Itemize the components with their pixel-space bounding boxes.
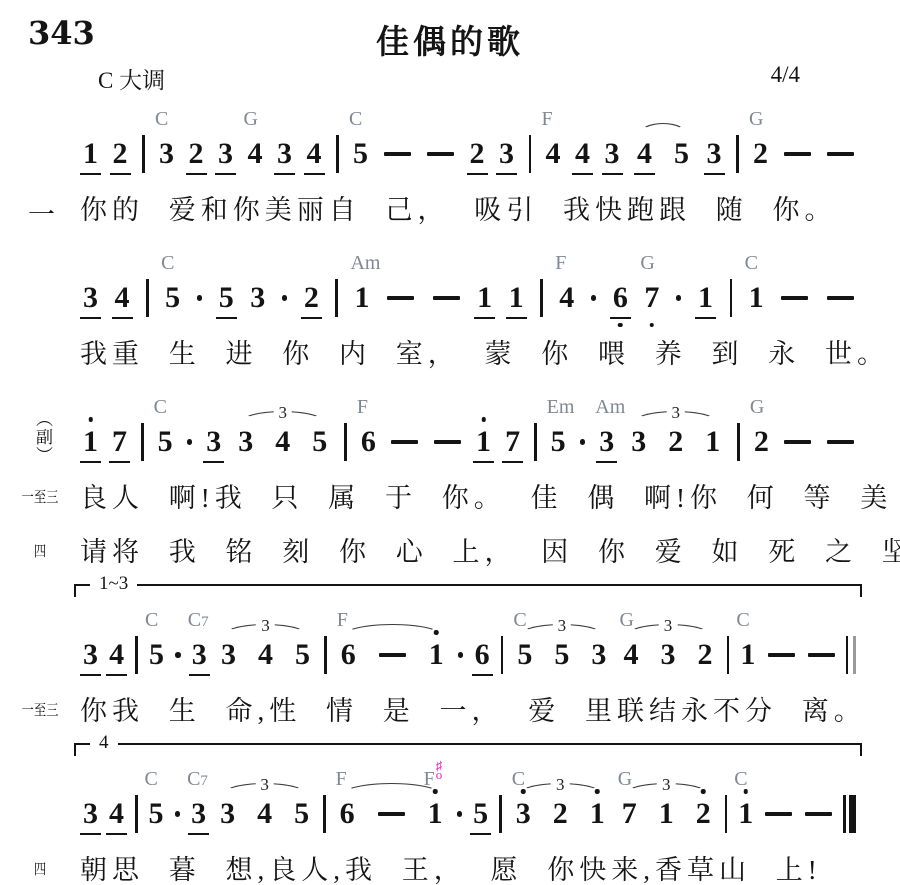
chord-char: F bbox=[424, 768, 435, 791]
score: 123C234G345C234F434532G一你的 爱和你美丽自 己， 吸引 … bbox=[0, 96, 900, 885]
barline bbox=[736, 135, 739, 173]
barline bbox=[336, 135, 339, 173]
note: 1 bbox=[475, 427, 492, 457]
duration-dash bbox=[391, 440, 418, 444]
chord-char: E bbox=[547, 396, 559, 419]
note: 3 bbox=[237, 427, 254, 457]
chord-label: C bbox=[736, 609, 749, 632]
system: 1~3345C3C733456F1635C5334G321C一至三你我 生 命,… bbox=[80, 584, 858, 731]
key-signature: C 大调 bbox=[98, 62, 165, 96]
notation-tokens: 123C234G345C234F434532G bbox=[80, 134, 858, 174]
triplet-label: 3 bbox=[256, 616, 275, 636]
verse-label: 四 bbox=[14, 858, 66, 879]
note: 3 bbox=[220, 640, 237, 670]
note: 5 bbox=[218, 283, 235, 313]
chord-char: C bbox=[154, 396, 167, 419]
note: 3Am bbox=[598, 427, 615, 457]
dotted-note-dot bbox=[187, 439, 193, 445]
note: 1 bbox=[658, 799, 675, 829]
note: 6F bbox=[339, 799, 356, 829]
note: 6 bbox=[612, 283, 629, 313]
note: 1 bbox=[82, 139, 99, 169]
chord-char: C bbox=[188, 609, 201, 632]
note: 5 bbox=[553, 640, 570, 670]
note: 5 bbox=[294, 640, 311, 670]
verse-label: 四 bbox=[14, 540, 66, 561]
low-octave-dot bbox=[618, 323, 623, 328]
duration-dash bbox=[781, 296, 808, 300]
chord-label: C7 bbox=[188, 609, 209, 632]
barline bbox=[146, 279, 149, 317]
chord-label: Am bbox=[595, 396, 625, 419]
header: 343 佳偶的歌 bbox=[0, 0, 900, 58]
verse-label: 一 bbox=[28, 193, 55, 232]
chord-label: F bbox=[357, 396, 368, 419]
note: 4 bbox=[257, 640, 274, 670]
note: 1 bbox=[589, 799, 606, 829]
note: 4 bbox=[108, 640, 125, 670]
note: 5 bbox=[293, 799, 310, 829]
note: 2 bbox=[469, 139, 486, 169]
note: 3 bbox=[82, 799, 99, 829]
triplet-label: 3 bbox=[553, 616, 572, 636]
time-signature: 4/4 bbox=[771, 62, 800, 96]
note: 3 bbox=[205, 427, 222, 457]
slur-arc bbox=[342, 624, 443, 636]
double-barline bbox=[846, 636, 856, 674]
note: 1 bbox=[697, 283, 714, 313]
note: 1 bbox=[704, 427, 721, 457]
duration-dash bbox=[765, 812, 792, 816]
triplet-group: 3345 bbox=[232, 427, 333, 457]
chord-char: C bbox=[145, 768, 158, 791]
note: 3C bbox=[515, 799, 532, 829]
high-octave-dot bbox=[434, 630, 439, 635]
dotted-note-dot bbox=[197, 295, 203, 301]
duration-dash bbox=[784, 440, 811, 444]
lyric-text: 我重 生 进 你 内 室， 蒙 你 喂 养 到 永 世。 bbox=[80, 339, 889, 369]
chord-label: G bbox=[750, 396, 764, 419]
note: 5C bbox=[148, 799, 165, 829]
triplet-group: 35C53 bbox=[511, 640, 612, 670]
note: 1C bbox=[748, 283, 765, 313]
hymn-sheet-page: 343 佳偶的歌 C 大调 4/4 123C234G345C234F434532… bbox=[0, 0, 900, 885]
note: 2 bbox=[188, 139, 205, 169]
chord-label: F♯o bbox=[424, 768, 443, 791]
barline bbox=[725, 795, 728, 833]
note: 3 bbox=[217, 139, 234, 169]
note: 6F bbox=[340, 640, 357, 670]
triplet-label: 3 bbox=[274, 403, 293, 423]
chord-char: m bbox=[559, 396, 575, 419]
note: 4F bbox=[545, 139, 562, 169]
note: 4G bbox=[247, 139, 264, 169]
barline bbox=[141, 423, 144, 461]
note: 5Em bbox=[550, 427, 567, 457]
chord-label: Em bbox=[547, 396, 575, 419]
notation-tokens: 345C5321Am114F67G11C bbox=[80, 278, 858, 318]
note: 3 bbox=[706, 139, 723, 169]
barline bbox=[324, 636, 327, 674]
notation-line: 123C234G345C234F434532G bbox=[80, 98, 858, 180]
note: 7G bbox=[621, 799, 638, 829]
lyric-text: 良人 啊!我 只 属 于 你。 佳 偶 啊!你 何 等 美 丽。 bbox=[80, 483, 900, 513]
lyric-text: 朝思 暮 想,良人,我 王， 愿 你快来,香草山 上! bbox=[80, 855, 822, 885]
lyric-text: 你的 爱和你美丽自 己， 吸引 我快跑跟 随 你。 bbox=[80, 195, 837, 225]
chord-label: C bbox=[745, 252, 758, 275]
triplet-group: 3345 bbox=[215, 640, 316, 670]
note: 5C bbox=[164, 283, 181, 313]
note: 3C bbox=[158, 139, 175, 169]
duration-dash bbox=[378, 812, 405, 816]
barline bbox=[529, 135, 532, 173]
note: 4 bbox=[114, 283, 131, 313]
note: 1 bbox=[476, 283, 493, 313]
barline bbox=[142, 135, 145, 173]
note: 3 bbox=[82, 640, 99, 670]
slur-group: 45 bbox=[631, 139, 695, 169]
chord-label: G bbox=[618, 768, 632, 791]
note: 2 bbox=[667, 427, 684, 457]
duration-dash bbox=[434, 440, 461, 444]
chord-label: C bbox=[349, 108, 362, 131]
triplet-group: 3345 bbox=[214, 799, 315, 829]
note: 4 bbox=[108, 799, 125, 829]
slur-group: 6F1F♯o bbox=[334, 799, 449, 829]
duration-dash bbox=[805, 812, 832, 816]
notation-line: 345C5321Am114F67G11C bbox=[80, 242, 858, 324]
note: 5 bbox=[472, 799, 489, 829]
chord-char: G bbox=[750, 396, 764, 419]
note: 7 bbox=[504, 427, 521, 457]
chord-char: G bbox=[749, 108, 763, 131]
triplet-label: 3 bbox=[255, 775, 274, 795]
triplet-label: 3 bbox=[551, 775, 570, 795]
chord-char: G bbox=[640, 252, 654, 275]
chord-char: A bbox=[595, 396, 609, 419]
note: 5C bbox=[516, 640, 533, 670]
lyric-text: 你我 生 命,性 情 是 一， 爱 里联结永不分 离。 bbox=[80, 696, 866, 726]
dotted-note-dot bbox=[457, 811, 463, 817]
chord-label: C bbox=[155, 108, 168, 131]
duration-dash bbox=[784, 152, 811, 156]
chord-label: Am bbox=[350, 252, 380, 275]
high-octave-dot bbox=[481, 417, 486, 422]
notation-line: （副）175C333456F175Em3Am33212G bbox=[80, 386, 858, 468]
note: 1C bbox=[739, 640, 756, 670]
duration-dash bbox=[768, 653, 795, 657]
volta-bracket: 1~3 bbox=[74, 584, 862, 599]
chord-label: C bbox=[513, 609, 526, 632]
note: 3 bbox=[660, 640, 677, 670]
note: 4G bbox=[623, 640, 640, 670]
triplet-group: 37G12 bbox=[616, 799, 717, 829]
chord-char: 7 bbox=[201, 614, 209, 631]
note: 5C bbox=[352, 139, 369, 169]
duration-dash bbox=[387, 296, 414, 300]
chord-label: C bbox=[145, 768, 158, 791]
chord-char: G bbox=[620, 609, 634, 632]
barline bbox=[499, 795, 502, 833]
page-title: 佳偶的歌 bbox=[0, 16, 900, 63]
chord-char: C bbox=[145, 609, 158, 632]
chord-label: C7 bbox=[187, 768, 208, 791]
note: 1Am bbox=[353, 283, 370, 313]
note: 3 bbox=[604, 139, 621, 169]
system: 123C234G345C234F434532G一你的 爱和你美丽自 己， 吸引 … bbox=[80, 98, 858, 230]
duration-dash bbox=[827, 440, 854, 444]
lyric-line: 一至三你我 生 命,性 情 是 一， 爱 里联结永不分 离。 bbox=[80, 689, 858, 731]
duration-dash bbox=[827, 152, 854, 156]
lyric-line: 一你的 爱和你美丽自 己， 吸引 我快跑跟 随 你。 bbox=[80, 188, 858, 230]
barline bbox=[737, 423, 740, 461]
dotted-note-dot bbox=[175, 811, 181, 817]
triplet-group: 3321 bbox=[625, 427, 726, 457]
dotted-note-dot bbox=[676, 295, 682, 301]
note: 3 bbox=[249, 283, 266, 313]
notation-tokens: 345C3C733456F1635C5334G321C bbox=[80, 635, 858, 675]
notation-tokens: 345C3C733456F1F♯o533C2137G121C bbox=[80, 794, 858, 834]
lyric-line: 四朝思 暮 想,良人,我 王， 愿 你快来,香草山 上! bbox=[80, 848, 858, 885]
chord-label: G bbox=[620, 609, 634, 632]
duration-dash bbox=[827, 296, 854, 300]
note: 4 bbox=[274, 427, 291, 457]
note: 1 bbox=[508, 283, 525, 313]
barline bbox=[501, 636, 504, 674]
note: 3 bbox=[590, 640, 607, 670]
note: 1F♯o bbox=[427, 799, 444, 829]
note: 3 bbox=[630, 427, 647, 457]
dotted-note-dot bbox=[458, 652, 464, 658]
note: 3C7 bbox=[190, 799, 207, 829]
note: 2 bbox=[552, 799, 569, 829]
high-octave-dot bbox=[595, 789, 600, 794]
high-octave-dot bbox=[88, 417, 93, 422]
high-octave-dot bbox=[701, 789, 706, 794]
chord-char: C bbox=[161, 252, 174, 275]
note: 4 bbox=[574, 139, 591, 169]
chord-char: m bbox=[365, 252, 381, 275]
note: 5 bbox=[673, 139, 690, 169]
dotted-note-dot bbox=[591, 295, 597, 301]
notation-tokens: 175C333456F175Em3Am33212G bbox=[80, 422, 858, 462]
note: 2G bbox=[752, 139, 769, 169]
note: 4 bbox=[636, 139, 653, 169]
barline-thin bbox=[846, 636, 849, 674]
note: 3 bbox=[219, 799, 236, 829]
chord-label: F bbox=[555, 252, 566, 275]
note: 5C bbox=[157, 427, 174, 457]
final-barline bbox=[843, 795, 856, 833]
dotted-note-dot bbox=[282, 295, 288, 301]
low-octave-dot bbox=[650, 323, 655, 328]
system: （副）175C333456F175Em3Am33212G一至三良人 啊!我 只 … bbox=[80, 386, 858, 572]
barline bbox=[534, 423, 537, 461]
duration-dash bbox=[427, 152, 454, 156]
chord-label: G bbox=[244, 108, 258, 131]
chord-label: C bbox=[145, 609, 158, 632]
chord-char: C bbox=[736, 609, 749, 632]
key-time-row: C 大调 4/4 bbox=[0, 58, 900, 96]
note: 4 bbox=[256, 799, 273, 829]
note: 4F bbox=[558, 283, 575, 313]
chord-char: A bbox=[350, 252, 364, 275]
chord-label: F bbox=[542, 108, 553, 131]
note: 3C7 bbox=[191, 640, 208, 670]
chord-label: C bbox=[161, 252, 174, 275]
chord-char: m bbox=[610, 396, 626, 419]
duration-dash bbox=[808, 653, 835, 657]
barline bbox=[135, 795, 138, 833]
barline bbox=[730, 279, 733, 317]
system: 4345C3C733456F1F♯o533C2137G121C四朝思 暮 想,良… bbox=[80, 743, 858, 885]
dotted-note-dot bbox=[175, 652, 181, 658]
chord-char: F bbox=[555, 252, 566, 275]
note: 7 bbox=[111, 427, 128, 457]
note: 7G bbox=[643, 283, 660, 313]
chord-char: C bbox=[512, 768, 525, 791]
lyric-line: 我重 生 进 你 内 室， 蒙 你 喂 养 到 永 世。 bbox=[80, 332, 858, 374]
sharp-diminished-mark: ♯o bbox=[436, 761, 443, 779]
duration-dash bbox=[433, 296, 460, 300]
slur-arc bbox=[638, 123, 688, 135]
barline bbox=[727, 636, 730, 674]
triplet-group: 33C21 bbox=[510, 799, 611, 829]
chord-char: G bbox=[244, 108, 258, 131]
barline-thin bbox=[843, 795, 846, 833]
note: 5 bbox=[311, 427, 328, 457]
chord-label: C bbox=[154, 396, 167, 419]
verse-label: 一至三 bbox=[14, 699, 66, 720]
accidental-char: o bbox=[436, 770, 443, 779]
note: 2 bbox=[112, 139, 129, 169]
notation-line: 345C3C733456F1635C5334G321C bbox=[80, 599, 858, 681]
triplet-label: 3 bbox=[667, 403, 686, 423]
duration-dash bbox=[379, 653, 406, 657]
chord-label: F bbox=[337, 609, 348, 632]
chord-char: 7 bbox=[200, 773, 208, 790]
volta-label: 1~3 bbox=[90, 573, 137, 595]
chord-label: G bbox=[640, 252, 654, 275]
chord-char: G bbox=[618, 768, 632, 791]
triplet-label: 3 bbox=[659, 616, 678, 636]
note: 1C bbox=[737, 799, 754, 829]
note: 4 bbox=[306, 139, 323, 169]
note: 5C bbox=[148, 640, 165, 670]
note: 2G bbox=[753, 427, 770, 457]
note: 3 bbox=[498, 139, 515, 169]
barline-thick bbox=[849, 795, 856, 833]
barline bbox=[323, 795, 326, 833]
lyric-text: 请将 我 铭 刻 你 心 上， 因 你 爱 如 死 之 坚 强。 bbox=[80, 537, 900, 567]
triplet-group: 34G32 bbox=[618, 640, 719, 670]
duration-dash bbox=[384, 152, 411, 156]
chord-char: C bbox=[349, 108, 362, 131]
chord-char: C bbox=[155, 108, 168, 131]
note: 2 bbox=[695, 799, 712, 829]
chord-char: C bbox=[745, 252, 758, 275]
note: 2 bbox=[697, 640, 714, 670]
barline bbox=[540, 279, 543, 317]
chord-label: F bbox=[336, 768, 347, 791]
lyric-line: 一至三良人 啊!我 只 属 于 你。 佳 偶 啊!你 何 等 美 丽。 bbox=[80, 476, 858, 518]
dotted-note-dot bbox=[580, 439, 586, 445]
note: 6 bbox=[474, 640, 491, 670]
barline bbox=[344, 423, 347, 461]
barline-thin bbox=[853, 636, 856, 674]
chord-char: F bbox=[337, 609, 348, 632]
note: 3 bbox=[82, 283, 99, 313]
volta-label: 4 bbox=[90, 732, 118, 754]
note: 2 bbox=[303, 283, 320, 313]
note: 1 bbox=[428, 640, 445, 670]
note: 1 bbox=[82, 427, 99, 457]
note: 6F bbox=[360, 427, 377, 457]
system: 345C5321Am114F67G11C我重 生 进 你 内 室， 蒙 你 喂 … bbox=[80, 242, 858, 374]
barline bbox=[335, 279, 338, 317]
volta-bracket: 4 bbox=[74, 743, 862, 758]
chord-label: C bbox=[734, 768, 747, 791]
chord-char: C bbox=[513, 609, 526, 632]
notation-line: 345C3C733456F1F♯o533C2137G121C bbox=[80, 758, 858, 840]
refrain-label: （副） bbox=[30, 410, 55, 464]
lyric-line: 四请将 我 铭 刻 你 心 上， 因 你 爱 如 死 之 坚 强。 bbox=[80, 530, 858, 572]
chord-label: C bbox=[512, 768, 525, 791]
chord-char: F bbox=[357, 396, 368, 419]
slur-group: 6F1 bbox=[335, 640, 450, 670]
note: 3 bbox=[276, 139, 293, 169]
chord-char: F bbox=[542, 108, 553, 131]
chord-char: F bbox=[336, 768, 347, 791]
barline bbox=[135, 636, 138, 674]
chord-label: G bbox=[749, 108, 763, 131]
triplet-label: 3 bbox=[657, 775, 676, 795]
chord-char: C bbox=[734, 768, 747, 791]
chord-char: C bbox=[187, 768, 200, 791]
verse-label: 一至三 bbox=[14, 486, 66, 507]
